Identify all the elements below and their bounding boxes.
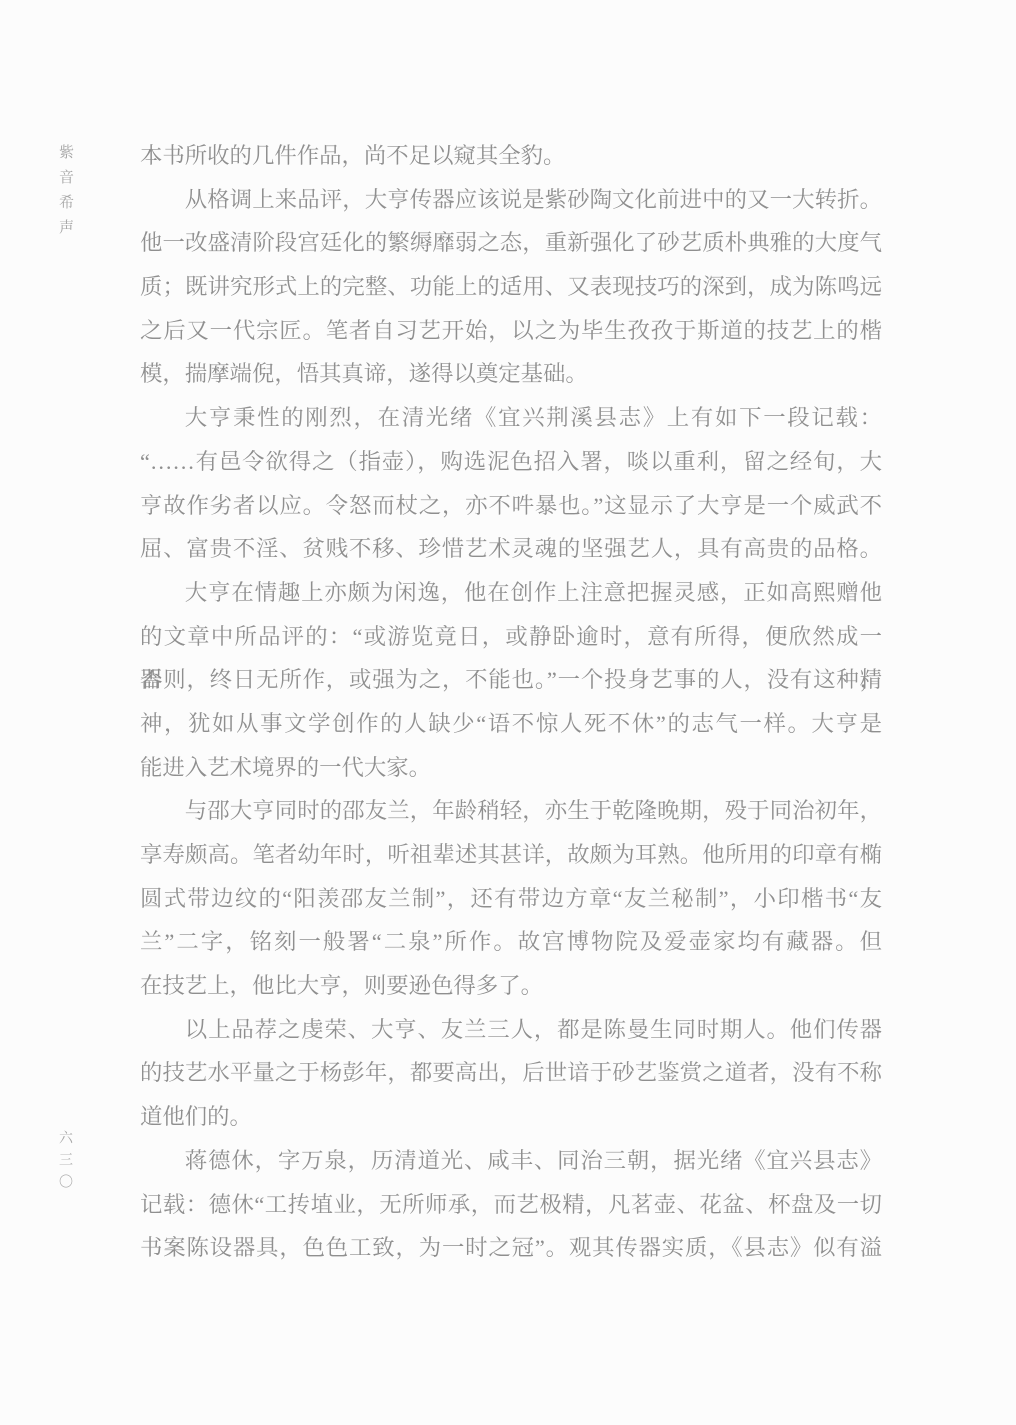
text-line: 他一改盛清阶段宫廷化的繁缛靡弱之态，重新强化了砂艺质朴典雅的大度气: [140, 221, 882, 265]
body-text: 本书所收的几件作品，尚不足以窥其全豹。 从格调上来品评，大亨传器应该说是紫砂陶文…: [140, 134, 882, 1270]
text-line: 在技艺上，他比大亨，则要逊色得多了。: [140, 964, 882, 1008]
text-line: 蒋德休，字万泉，历清道光、咸丰、同治三朝，据光绪《宜兴县志》: [140, 1139, 882, 1183]
text-line: 以上品荐之虔荣、大亨、友兰三人，都是陈曼生同时期人。他们传器: [140, 1008, 882, 1052]
text-line: 之后又一代宗匠。笔者自习艺开始，以之为毕生孜孜于斯道的技艺上的楷: [140, 309, 882, 353]
page-number-vertical: 六三〇: [54, 1130, 74, 1196]
text-line: 大亨在情趣上亦颇为闲逸，他在创作上注意把握灵感，正如高熙赠他: [140, 571, 882, 615]
text-line: 大亨秉性的刚烈，在清光绪《宜兴荆溪县志》上有如下一段记载：: [140, 396, 882, 440]
book-title-vertical: 紫音希声: [55, 144, 76, 244]
text-line: 书案陈设器具，色色工致，为一时之冠”。观其传器实质，《县志》似有溢: [140, 1226, 882, 1270]
text-line: 从格调上来品评，大亨传器应该说是紫砂陶文化前进中的又一大转折。: [140, 178, 882, 222]
text-line: 模，揣摩端倪，悟其真谛，遂得以奠定基础。: [140, 352, 882, 396]
text-line: 圆式带边纹的“阳羡邵友兰制”，还有带边方章“友兰秘制”，小印楷书“友: [140, 877, 882, 921]
text-line: 的文章中所品评的：“或游览竟日，或静卧逾时，意有所得，便欣然成一器，: [140, 615, 882, 659]
text-line: 道他们的。: [140, 1095, 882, 1139]
text-line: “……有邑令欲得之（指壶），购选泥色招入署，啖以重利，留之经旬，大: [140, 440, 882, 484]
text-line: 本书所收的几件作品，尚不足以窥其全豹。: [140, 134, 882, 178]
book-page: 紫音希声 六三〇 本书所收的几件作品，尚不足以窥其全豹。 从格调上来品评，大亨传…: [0, 0, 1016, 1425]
text-line: 能进入艺术境界的一代大家。: [140, 746, 882, 790]
text-line: 兰”二字，铭刻一般署“二泉”所作。故宫博物院及爱壶家均有藏器。但: [140, 920, 882, 964]
text-line: 亨故作劣者以应。令怒而杖之，亦不吽暴也。”这显示了大亨是一个威武不: [140, 484, 882, 528]
text-line: 记载：德休“工抟埴业，无所师承，而艺极精，凡茗壶、花盆、杯盘及一切: [140, 1183, 882, 1227]
text-line: 享寿颇高。笔者幼年时，听祖辈述其甚详，故颇为耳熟。他所用的印章有椭: [140, 833, 882, 877]
text-line: 的技艺水平量之于杨彭年，都要高出，后世谙于砂艺鉴赏之道者，没有不称: [140, 1051, 882, 1095]
text-line: 质；既讲究形式上的完整、功能上的适用、又表现技巧的深到，成为陈鸣远: [140, 265, 882, 309]
text-line: 神，犹如从事文学创作的人缺少“语不惊人死不休”的志气一样。大亨是: [140, 702, 882, 746]
text-line: 与邵大亨同时的邵友兰，年龄稍轻，亦生于乾隆晚期，殁于同治初年，: [140, 789, 882, 833]
text-line: 屈、富贵不淫、贫贱不移、珍惜艺术灵魂的坚强艺人，具有高贵的品格。: [140, 527, 882, 571]
text-line: 否则，终日无所作，或强为之，不能也。”一个投身艺事的人，没有这种精: [140, 658, 882, 702]
